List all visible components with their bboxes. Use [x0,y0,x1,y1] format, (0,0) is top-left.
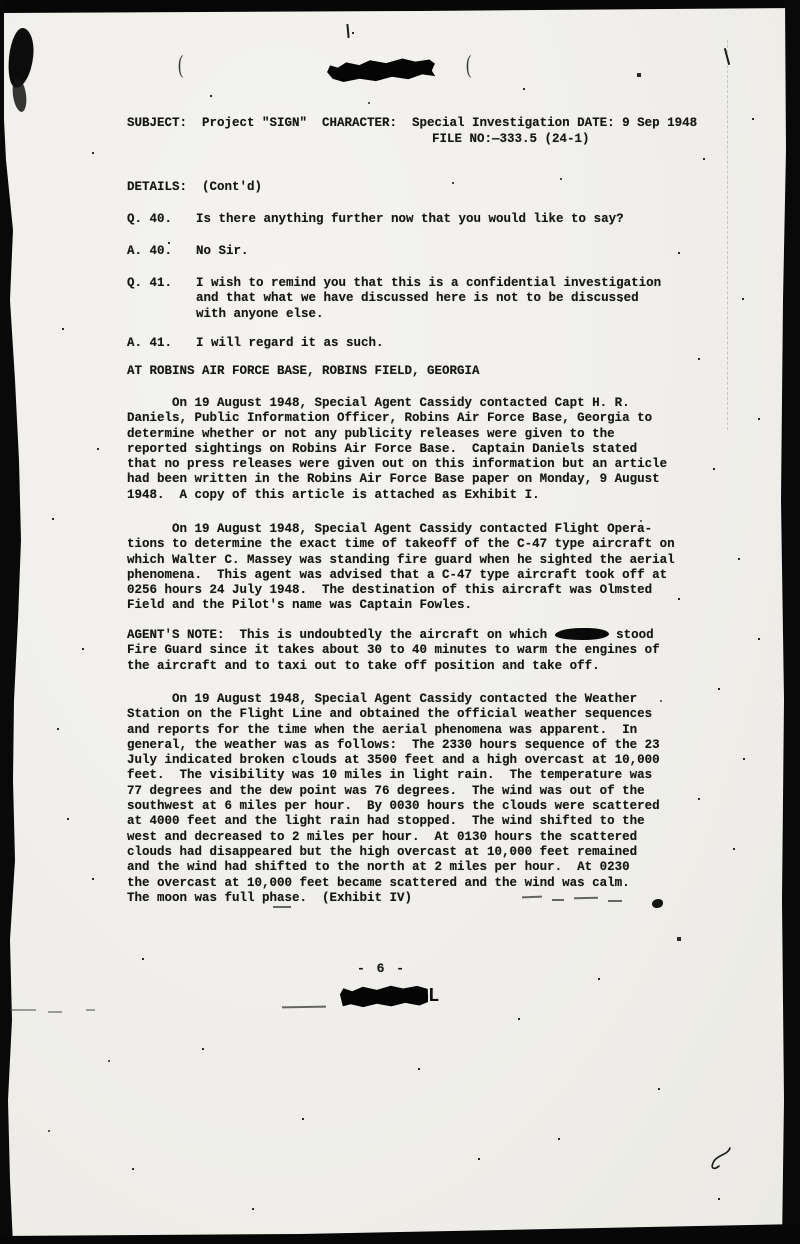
qa-text: I will regard it as such. [196,336,384,351]
pencil-dash [574,897,598,899]
qa-text: I wish to remind you that this is a conf… [196,276,661,322]
qa-label: A. 40. [127,244,196,259]
stamp-visible-letter: L [428,985,439,1007]
scan-border-top [0,0,800,14]
paragraph-daniels: On 19 August 1948, Special Agent Cassidy… [127,396,667,503]
classification-stamp-struck-top [327,56,436,84]
pencil-dash [10,1009,36,1011]
page-number: - 6 - [357,961,406,977]
details-heading: DETAILS: (Cont'd) [127,180,262,195]
paragraph-flight-operations: On 19 August 1948, Special Agent Cassidy… [127,522,675,614]
scan-mark-paren-right: ( [466,50,471,82]
qa-label: Q. 41. [127,276,196,322]
pen-squiggle-mark [706,1146,736,1187]
qa-label: Q. 40. [127,212,196,227]
paper-crease-line [727,40,728,430]
scan-noise-speckles [0,0,2,2]
scan-border-right [780,0,800,1244]
paragraph-weather: On 19 August 1948, Special Agent Cassidy… [127,692,660,906]
pencil-dash [282,1006,326,1009]
pencil-dash [273,906,291,908]
qa-label: A. 41. [127,336,196,351]
qa-item-q41: Q. 41. I wish to remind you that this is… [127,276,661,322]
pencil-dash [48,1011,62,1013]
pencil-dash [552,899,564,901]
scan-ink-blob-top-left-2 [11,77,29,112]
pencil-dash [86,1009,95,1011]
qa-item-a40: A. 40. No Sir. [127,244,249,259]
classification-stamp-struck-bottom [340,983,428,1009]
file-number-line: FILE NO:—333.5 (24-1) [432,132,590,147]
scan-border-left [0,0,26,1244]
section-heading: AT ROBINS AIR FORCE BASE, ROBINS FIELD, … [127,364,480,379]
qa-item-q40: Q. 40. Is there anything further now tha… [127,212,624,227]
paragraph-agents-note: AGENT'S NOTE: This is undoubtedly the ai… [127,628,660,674]
scan-mark-tick [346,24,349,38]
ink-spot [652,899,663,908]
pencil-dash [608,900,622,902]
scanned-document-page: ( ( SUBJECT: Project "SIGN" CHARACTER: S… [0,0,800,1244]
qa-item-a41: A. 41. I will regard it as such. [127,336,384,351]
scan-mark-paren-left: ( [178,50,183,82]
agents-note-lead: AGENT'S NOTE: This is undoubtedly the ai… [127,628,555,642]
redaction-blob [555,628,609,640]
qa-text: No Sir. [196,244,249,259]
qa-text: Is there anything further now that you w… [196,212,624,227]
scan-border-bottom [0,1222,800,1244]
subject-line: SUBJECT: Project "SIGN" CHARACTER: Speci… [127,116,697,131]
